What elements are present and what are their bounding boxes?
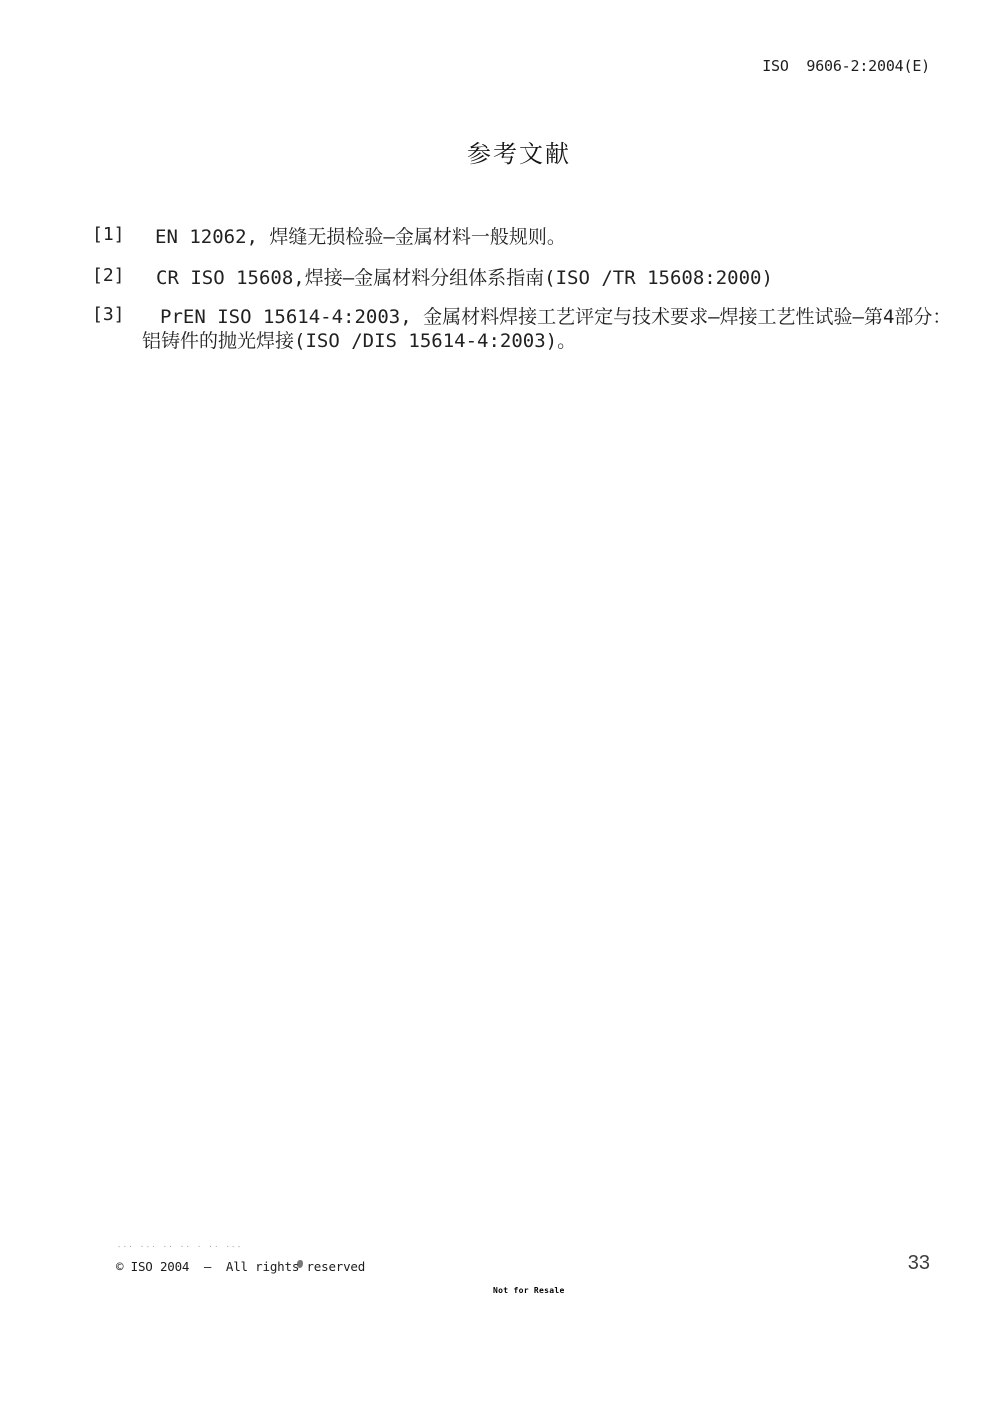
reference-text-line-1: PrEN ISO 15614-4:2003, 金属材料焊接工艺评定与技术要求—焊… <box>160 302 951 329</box>
header-doc-number: ISO 9606-2:2004(E) <box>762 57 930 75</box>
scan-artifact-marks: -·· ·-· ·· ·· · ·· ·-- <box>117 1243 243 1251</box>
page-number: 33 <box>908 1252 930 1275</box>
page-title: 参考文献 <box>0 134 992 169</box>
document-page: ISO 9606-2:2004(E) 参考文献 [1] EN 12062, 焊缝… <box>0 0 992 1403</box>
copyright-notice: © ISO 2004 – All rights reserved <box>116 1259 365 1274</box>
reference-label: [3] <box>92 304 125 325</box>
reference-text-line-2: 铝铸件的抛光焊接(ISO /DIS 15614-4:2003)。 <box>142 326 576 353</box>
reference-label: [1] <box>92 224 125 245</box>
reference-label: [2] <box>92 265 125 286</box>
reference-text: EN 12062, 焊缝无损检验—金属材料一般规则。 <box>155 222 566 249</box>
reference-text: CR ISO 15608,焊接—金属材料分组体系指南(ISO /TR 15608… <box>156 263 773 290</box>
not-for-resale-watermark: Not for Resale <box>493 1286 565 1295</box>
